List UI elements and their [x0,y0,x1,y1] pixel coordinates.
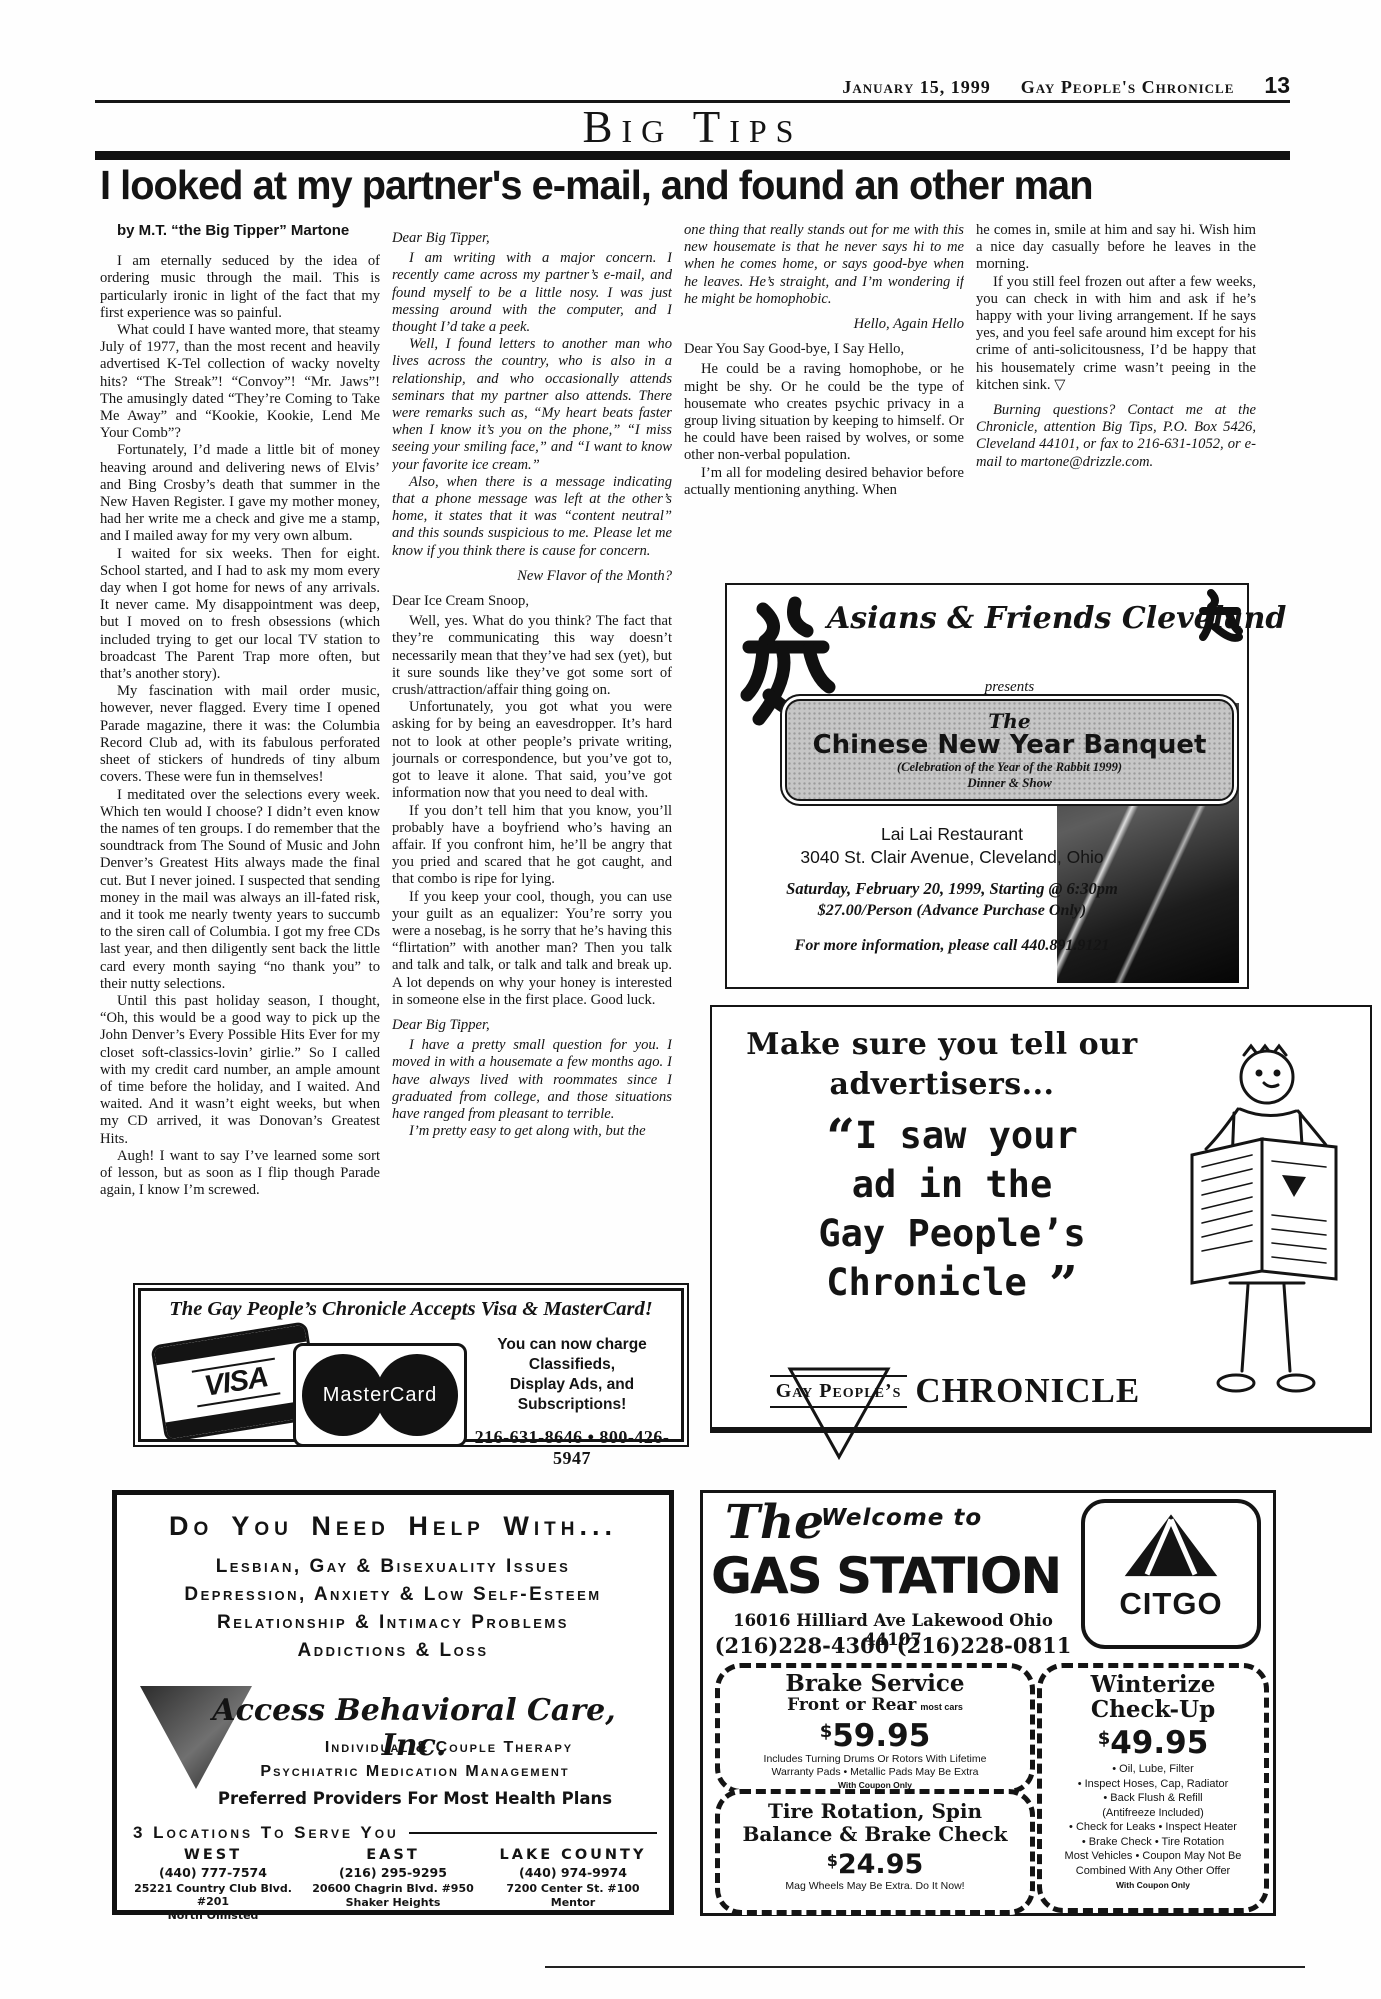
paragraph: I meditated over the selections every we… [100,787,380,993]
locations-heading: 3 Locations To Serve You [133,1823,399,1843]
location-phone: (440) 777-7574 [123,1865,303,1880]
gpc-triangle-icon [780,1363,898,1463]
newspaper-page: January 15, 1999 Gay People's Chronicle … [0,0,1381,1999]
citgo-trimark-icon [1119,1511,1223,1583]
charge-line-2: Display Ads, and Subscriptions! [463,1375,681,1415]
welcome-text: Welcome to [821,1505,982,1531]
tire-rotation-coupon: Tire Rotation, Spin Balance & Brake Chec… [715,1789,1035,1915]
currency-sign: $ [820,1721,833,1742]
folio: January 15, 1999 Gay People's Chronicle … [95,72,1290,99]
price-amount: 49.95 [1110,1725,1208,1761]
letter-salutation: Dear Big Tipper, [392,230,672,247]
article-column-3: one thing that really stands out for me … [684,222,964,557]
paragraph: Well, I found letters to another man who… [392,336,672,474]
paragraph: If you don’t tell him that you know, you… [392,803,672,889]
station-phones: (216)228-4300 (216)228-0811 [709,1633,1077,1658]
event-price: $27.00/Person (Advance Purchase Only) [737,902,1167,920]
paragraph: My fascination with mail order music, ho… [100,683,380,786]
page-number: 13 [1264,72,1290,99]
locations-row: WEST (440) 777-7574 25221 Country Club B… [123,1847,663,1922]
testimonial-quote: “I saw your ad in the Gay People’s Chron… [732,1111,1172,1307]
location-name: WEST [123,1847,303,1863]
logo-top-text: Gay People’s [776,1380,902,1402]
station-name-the: The [725,1495,824,1550]
paragraph: Fortunately, I’d made a little bit of mo… [100,442,380,545]
event-name: Chinese New Year Banquet [813,730,1207,760]
mastercard-logo-icon: MasterCard [293,1343,467,1447]
visa-mastercard-ad: The Gay People’s Chronicle Accepts Visa … [133,1283,689,1447]
service-line-2: Psychiatric Medication Management [179,1763,651,1781]
close-quote-mark: ” [1049,1254,1078,1313]
coupon-title: Tire Rotation, Spin [720,1800,1030,1823]
coupon-subtitle: Front or Rear [787,1695,916,1715]
service-line-1: Individual & Couple Therapy [247,1739,651,1757]
visa-ad-title: The Gay People’s Chronicle Accepts Visa … [141,1298,681,1321]
location-east: EAST (216) 295-9295 20600 Chagrin Blvd. … [303,1847,483,1922]
coupon-item: • Back Flush & Refill [1042,1791,1264,1806]
access-behavioral-care-ad: Do You Need Help With... Lesbian, Gay & … [112,1490,674,1915]
open-quote-mark: “ [826,1107,855,1166]
reply-salutation: Dear You Say Good-bye, I Say Hello, [684,341,964,358]
location-address: 20600 Chagrin Blvd. #950 [303,1882,483,1895]
ad-heading-line1: Make sure you tell our [712,1027,1172,1062]
coupon-price: $49.95 [1042,1722,1264,1760]
event-datetime: Saturday, February 20, 1999, Starting @ … [737,879,1167,899]
rabbit-calligraphy-small-icon [1197,587,1243,649]
citgo-logo-icon: CITGO [1081,1499,1261,1649]
paragraph: Augh! I want to say I’ve learned some so… [100,1148,380,1200]
issue-item: Relationship & Intimacy Problems [117,1609,669,1637]
coupon-details: Warranty Pads • Metallic Pads May Be Ext… [720,1766,1030,1779]
access-heading: Do You Need Help With... [117,1511,669,1542]
service-line-3: Preferred Providers For Most Health Plan… [179,1789,651,1808]
letter-signature: New Flavor of the Month? [392,568,672,585]
issue-item: Depression, Anxiety & Low Self-Esteem [117,1581,669,1609]
coupon-item: • Check for Leaks • Inspect Heater [1042,1820,1264,1835]
letter-signature: Hello, Again Hello [684,316,964,333]
coupon-price: $59.95 [720,1715,1030,1753]
event-banner: The Chinese New Year Banquet (Celebratio… [785,699,1234,801]
folio-date: January 15, 1999 [842,77,990,98]
quote-line: Chronicle [826,1261,1026,1304]
paragraph: What could I have wanted more, that stea… [100,322,380,442]
byline: by M.T. “the Big Tipper” Martone [100,222,380,239]
paragraph: one thing that really stands out for me … [684,222,964,308]
quote-line: ad in the [732,1160,1172,1209]
charge-line-1: You can now charge Classifieds, [463,1335,681,1375]
currency-sign: $ [827,1851,838,1870]
winterize-coupon: Winterize Check-Up $49.95 • Oil, Lube, F… [1037,1663,1269,1913]
location-address: 7200 Center St. #100 [483,1882,663,1895]
paragraph: If you keep your cool, though, you can u… [392,889,672,1009]
paragraph: Unfortunately, you got what you were ask… [392,699,672,802]
paragraph: he comes in, smile at him and say hi. Wi… [976,222,1256,274]
location-name: LAKE COUNTY [483,1847,663,1863]
coupon-title: Check-Up [1042,1697,1264,1722]
location-phone: (216) 295-9295 [303,1865,483,1880]
paragraph: I’m all for modeling desired behavior be… [684,465,964,499]
location-city: Shaker Heights [303,1896,483,1909]
section-title: Big Tips [95,101,1290,153]
reply-salutation: Dear Ice Cream Snoop, [392,593,672,610]
event-info-phone: For more information, please call 440.89… [737,937,1167,955]
issues-list: Lesbian, Gay & Bisexuality Issues Depres… [117,1553,669,1665]
brake-service-coupon: Brake Service Front or Rear most cars $5… [715,1663,1035,1794]
folio-publication: Gay People's Chronicle [1021,77,1235,98]
event-subtitle: (Celebration of the Year of the Rabbit 1… [897,760,1122,775]
tell-advertisers-ad: Make sure you tell our advertisers... “I… [710,1005,1372,1433]
paragraph: I am eternally seduced by the idea of or… [100,253,380,322]
location-city: North Olmsted [123,1909,303,1922]
coupon-item: (Antifreeze Included) [1042,1806,1264,1821]
headline: I looked at my partner's e-mail, and fou… [100,162,1235,209]
station-name: GAS STATION [711,1547,1060,1605]
paragraph: Also, when there is a message indicating… [392,474,672,560]
coupon-title: Winterize [1042,1672,1264,1697]
coupon-fine-print: With Coupon Only [1042,1880,1264,1890]
coupon-details: Includes Turning Drums Or Rotors With Li… [720,1753,1030,1766]
coupon-item: • Inspect Hoses, Cap, Radiator [1042,1777,1264,1792]
issue-item: Lesbian, Gay & Bisexuality Issues [117,1553,669,1581]
gay-peoples-chronicle-logo: Gay People’s CHRONICLE [740,1371,1170,1411]
paragraph: Until this past holiday season, I though… [100,993,380,1148]
article-column-1: by M.T. “the Big Tipper” Martone I am et… [100,222,380,1272]
divider-line [409,1832,657,1834]
visa-ad-inner-border: The Gay People’s Chronicle Accepts Visa … [138,1288,684,1442]
visa-wordmark: VISA [192,1357,280,1407]
banquet-ad: Asians & Friends Cleveland presents The … [725,583,1249,989]
paragraph: I am writing with a major concern. I rec… [392,250,672,336]
coupon-item: • Oil, Lube, Filter [1042,1762,1264,1777]
newspaper-reader-cartoon [1164,1033,1364,1408]
coupon-item-list: • Oil, Lube, Filter • Inspect Hoses, Cap… [1042,1762,1264,1878]
citgo-wordmark: CITGO [1085,1586,1257,1622]
location-lake-county: LAKE COUNTY (440) 974-9974 7200 Center S… [483,1847,663,1922]
quote-line: Gay People’s [732,1209,1172,1258]
coupon-note: most cars [920,1702,963,1712]
paragraph: I have a pretty small question for you. … [392,1037,672,1123]
venue-block: Lai Lai Restaurant 3040 St. Clair Avenue… [737,823,1167,869]
coupon-item: • Brake Check • Tire Rotation [1042,1835,1264,1850]
article-column-2: Dear Big Tipper, I am writing with a maj… [392,222,672,1272]
gas-station-ad: Welcome to The GAS STATION 16016 Hilliar… [700,1490,1276,1916]
paragraph: I’m pretty easy to get along with, but t… [392,1123,672,1140]
coupon-price: $24.95 [720,1846,1030,1880]
locations-heading-row: 3 Locations To Serve You [133,1823,657,1843]
quote-line: I saw your [855,1114,1078,1157]
location-address: 25221 Country Club Blvd. #201 [123,1882,303,1908]
location-west: WEST (440) 777-7574 25221 Country Club B… [123,1847,303,1922]
contact-note: Burning questions? Contact me at the Chr… [976,402,1256,471]
logo-bottom-text: CHRONICLE [915,1371,1140,1411]
event-subtitle-2: Dinner & Show [967,775,1052,791]
venue-address: 3040 St. Clair Avenue, Cleveland, Ohio [737,846,1167,869]
section-rule [95,151,1290,160]
paragraph: I waited for six weeks. Then for eight. … [100,546,380,684]
paragraph: If you still feel frozen out after a few… [976,274,1256,394]
coupon-title: Balance & Brake Check [720,1823,1030,1846]
phone-numbers: 216-631-8646 • 800-426-5947 [463,1427,681,1469]
currency-sign: $ [1098,1728,1111,1749]
visa-ad-copy: You can now charge Classifieds, Display … [463,1335,681,1469]
venue-name: Lai Lai Restaurant [737,823,1167,846]
location-phone: (440) 974-9974 [483,1865,663,1880]
coupon-details: Mag Wheels May Be Extra. Do It Now! [720,1880,1030,1893]
issue-item: Addictions & Loss [117,1637,669,1665]
ad-heading-line2: advertisers... [712,1067,1172,1102]
coupon-item: Combined With Any Other Offer [1042,1864,1264,1879]
presents-label: presents [787,679,1232,696]
article-column-4: he comes in, smile at him and say hi. Wi… [976,222,1256,527]
paragraph: He could be a raving homophobe, or he mi… [684,361,964,464]
paragraph: Well, yes. What do you think? The fact t… [392,613,672,699]
letter-salutation: Dear Big Tipper, [392,1017,672,1034]
mastercard-wordmark: MasterCard [296,1384,464,1407]
location-city: Mentor [483,1896,663,1909]
location-name: EAST [303,1847,483,1863]
coupon-title: Brake Service [720,1671,1030,1696]
coupon-item: Most Vehicles • Coupon May Not Be [1042,1849,1264,1864]
club-name: Asians & Friends Cleveland [827,601,1222,636]
price-amount: 24.95 [838,1849,923,1880]
page-edge-line [545,1966,1305,1968]
price-amount: 59.95 [832,1718,930,1754]
